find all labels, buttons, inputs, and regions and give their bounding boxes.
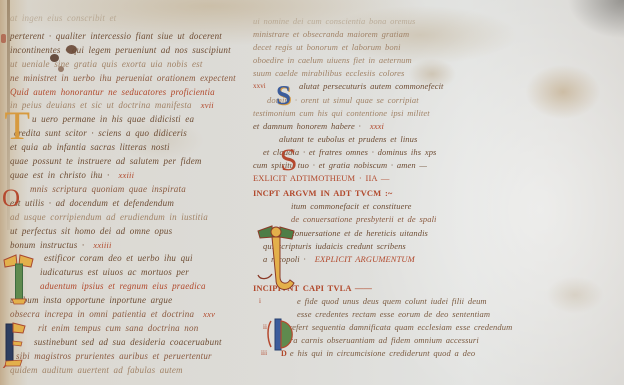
text-line: uerbum insta opportune inportune argue	[10, 294, 254, 308]
chapter-numeral: xvii	[201, 100, 214, 110]
text-line: quae possunt te instruere ad salutem per…	[10, 155, 254, 169]
text-line: iudicaturus est uiuos ac mortuos per	[10, 266, 254, 280]
text-line: quidem auditum auertent ad fabulas autem	[10, 364, 254, 378]
chapter-numeral: xxiii	[119, 170, 135, 180]
text-line: ut perfectus sit homo dei ad omne opus	[10, 225, 254, 239]
text-line: ut ueniale sine gratia quis exorta uia n…	[10, 58, 254, 72]
text-line: rit enim tempus cum sana doctrina non	[10, 322, 254, 336]
text-line: et quia ab infantia sacras litteras nost…	[10, 141, 254, 155]
text-line: itum commonefacit et constituere	[253, 200, 467, 213]
chapter-numeral: xxiiii	[93, 240, 111, 250]
initial-s-red: S	[279, 143, 298, 175]
text-line: ad usque corripiendum ad erudiendum in i…	[10, 211, 254, 225]
text-line: incontinentes · qui legem perueniunt ad …	[10, 44, 254, 58]
initial-o-red: O	[2, 186, 20, 211]
text-line: u uero permane in his quae didicisti ea	[10, 113, 254, 127]
initial-t-orange: T	[4, 106, 30, 146]
text-line: ui nomine dei cum conscientia bona oremu…	[253, 15, 467, 28]
text-line: at ingen eius conscribit et	[10, 12, 254, 26]
text-line: INCPT ARGVM IN ADT TVCM :~	[253, 187, 467, 200]
left-text-column: at ingen eius conscribit etperterent · q…	[10, 12, 254, 378]
text-line: mnis scriptura quoniam quae inspirata	[10, 183, 254, 197]
text-line: quae est in christo ihu ·xxiii	[10, 169, 254, 183]
text-line: Quid autem honorantur ne seducatores pro…	[10, 86, 254, 100]
text-line: perterent · qualiter intercessio fiant s…	[10, 30, 254, 44]
text-line: suum caelde mirabilibus ecclesiis colore…	[253, 67, 467, 80]
initial-e-navy-yellow	[0, 320, 26, 368]
text-line: ministrare et obsecranda maiorem gratiam	[253, 28, 467, 41]
text-line: bonum instructus ·xxiiii	[10, 239, 254, 253]
right-text-column: ui nomine dei cum conscientia bona oremu…	[253, 15, 467, 360]
initial-t-big-decorated	[256, 224, 298, 298]
text-line: estificor coram deo et uerbo ihu qui	[10, 252, 254, 266]
text-line: in peius deuians et sic ut doctrina mani…	[10, 99, 254, 113]
initial-d-capitula	[264, 317, 298, 353]
text-line: sustinebunt sed ad sua desideria coaceru…	[10, 336, 254, 350]
red-pen-mark	[1, 34, 6, 43]
initial-t-green-yellow	[2, 252, 36, 306]
text-line: ne ministret in uerbo ihu perueniat orat…	[10, 72, 254, 86]
manuscript-page: at ingen eius conscribit etperterent · q…	[0, 0, 624, 385]
initial-s-blue: S	[276, 82, 291, 109]
text-line: aduentum ipsius et regnum eius praedica	[10, 280, 254, 294]
chapter-numeral: xxv	[203, 309, 215, 319]
text-line: est utilis · ad docendum et defendendum	[10, 197, 254, 211]
text-line: obsecra increpa in omni patientia et doc…	[10, 308, 254, 322]
text-line: sibi magistros prurientes auribus et per…	[10, 350, 254, 364]
text-line: credita sunt scitor · sciens a quo didic…	[10, 127, 254, 141]
text-line: decet regis ut bonorum et laborum boni	[253, 41, 467, 54]
margin-numeral: xxvi	[253, 80, 266, 93]
text-line: et damnum honorem habere ·xxxi	[253, 120, 467, 133]
chapter-numeral: EXPLICIT ARGUMENTUM	[315, 254, 415, 264]
text-line: oboedire in caelum uiuens fiet in aetern…	[253, 54, 467, 67]
chapter-numeral: xxxi	[370, 121, 384, 131]
